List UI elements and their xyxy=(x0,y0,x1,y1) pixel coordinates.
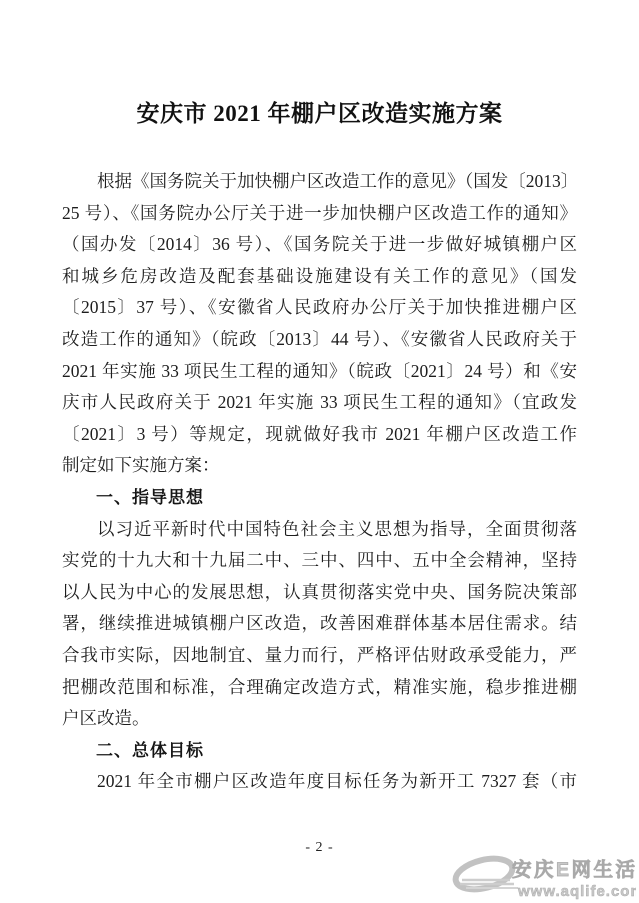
text-line: 2021 年实施 33 项民生工程的通知》（皖政〔2021〕24 号）和《安 xyxy=(62,356,577,388)
e-swoosh-icon xyxy=(452,853,518,894)
watermark: 安庆E网生活 www.aqlife.com xyxy=(452,849,636,901)
text-line: 根据《国务院关于加快棚户区改造工作的意见》（国发〔2013〕 xyxy=(62,166,577,198)
text-line: 〔2015〕37 号）、《安徽省人民政府办公厅关于加快推进棚户区 xyxy=(62,292,577,324)
text-line: 制定如下实施方案： xyxy=(62,450,577,482)
text-line: 合我市实际，因地制宜、量力而行，严格评估财政承受能力，严 xyxy=(62,640,577,672)
text-line: 把棚改范围和标准，合理确定改造方式，精准实施，稳步推进棚 xyxy=(62,672,577,704)
text-line: 〔2021〕3 号）等规定，现就做好我市 2021 年棚户区改造工作 xyxy=(62,419,577,451)
text-line: 以习近平新时代中国特色社会主义思想为指导，全面贯彻落 xyxy=(62,514,577,546)
watermark-url: www.aqlife.com xyxy=(517,883,636,900)
text-line: 改造工作的通知》（皖政〔2013〕44 号）、《安徽省人民政府关于 xyxy=(62,324,577,356)
document-body: 根据《国务院关于加快棚户区改造工作的意见》（国发〔2013〕25 号）、《国务院… xyxy=(62,166,577,798)
document-page: 安庆市 2021 年棚户区改造实施方案 根据《国务院关于加快棚户区改造工作的意见… xyxy=(0,0,639,903)
document-title: 安庆市 2021 年棚户区改造实施方案 xyxy=(0,0,639,128)
section-heading: 一、指导思想 xyxy=(62,482,577,514)
text-line: 25 号）、《国务院办公厅关于进一步加快棚户区改造工作的通知》 xyxy=(62,198,577,230)
text-line: 和城乡危房改造及配套基础设施建设有关工作的意见》（国发 xyxy=(62,261,577,293)
section-heading: 二、总体目标 xyxy=(62,735,577,767)
text-line: 户区改造。 xyxy=(62,703,577,735)
text-line: 实党的十九大和十九届二中、三中、四中、五中全会精神，坚持 xyxy=(62,545,577,577)
text-line: 2021 年全市棚户区改造年度目标任务为新开工 7327 套（市 xyxy=(62,766,577,798)
text-line: （国办发〔2014〕36 号）、《国务院关于进一步做好城镇棚户区 xyxy=(62,229,577,261)
text-line: 署，继续推进城镇棚户区改造，改善困难群体基本居住需求。结 xyxy=(62,608,577,640)
watermark-brand: 安庆E网生活 xyxy=(512,858,636,881)
text-line: 以人民为中心的发展思想，认真贯彻落实党中央、国务院决策部 xyxy=(62,577,577,609)
text-line: 庆市人民政府关于 2021 年实施 33 项民生工程的通知》（宜政发 xyxy=(62,387,577,419)
